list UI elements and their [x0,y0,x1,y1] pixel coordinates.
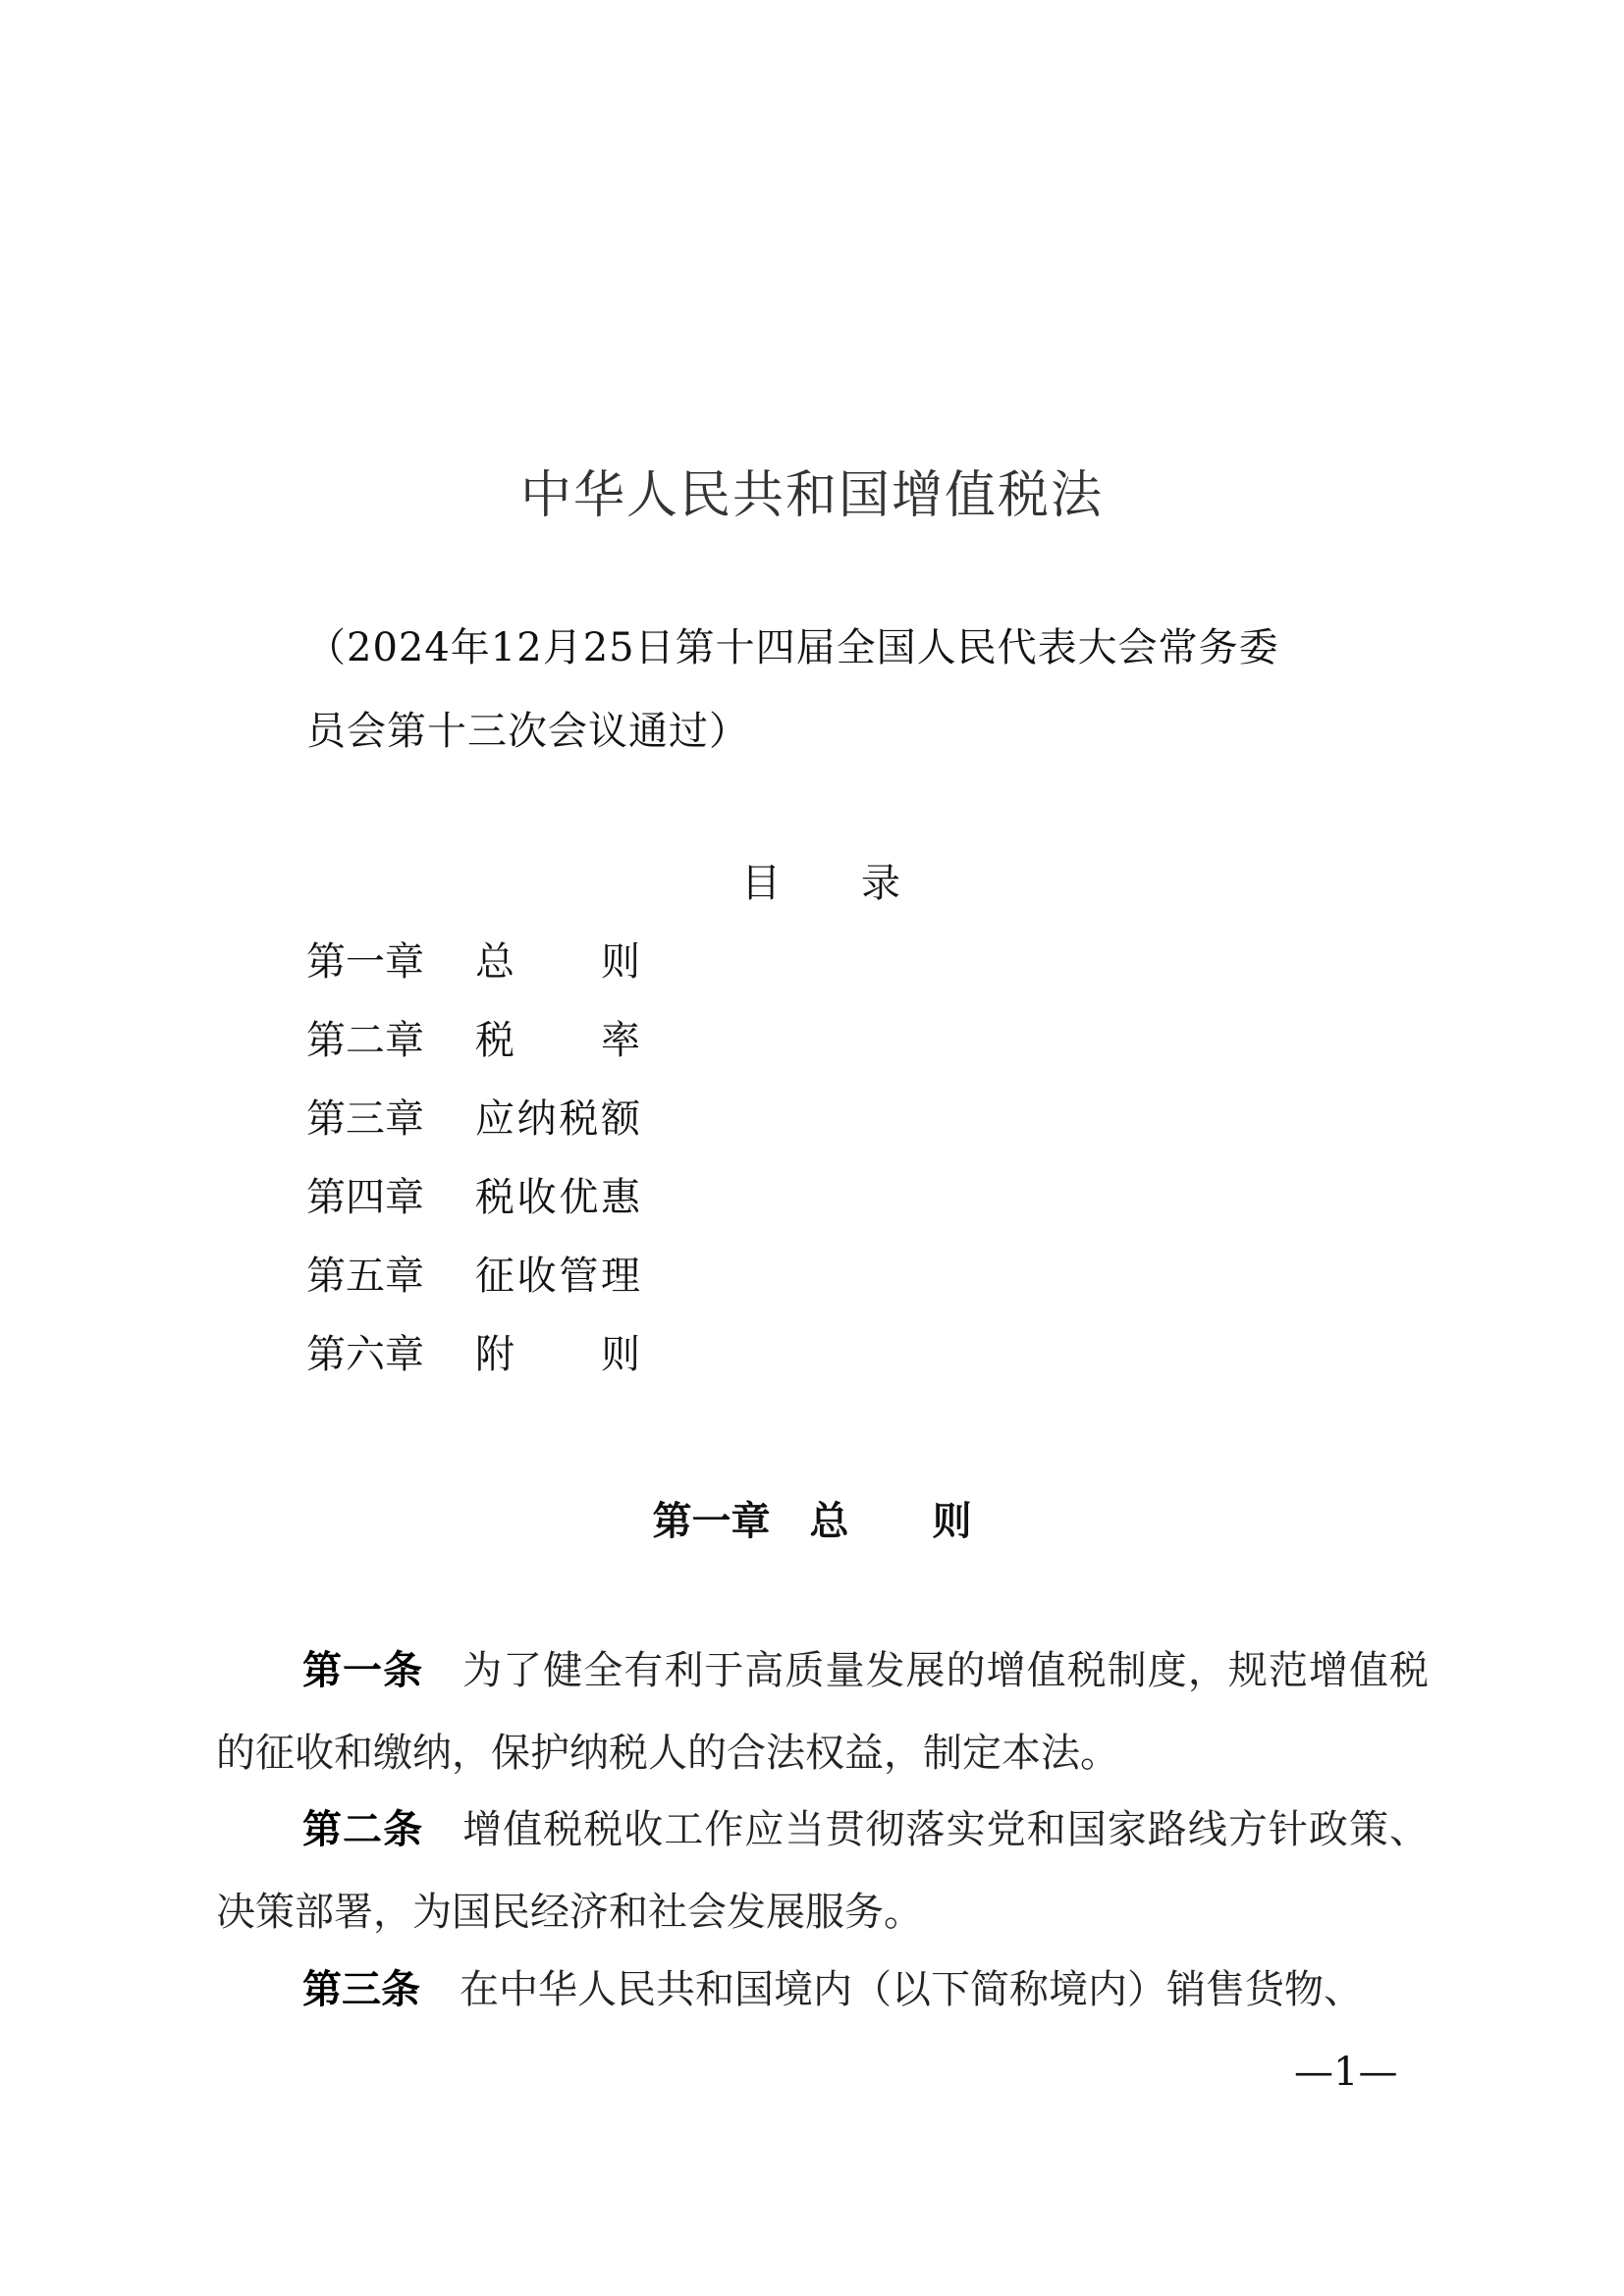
toc-heading: 目录 [741,852,900,908]
article-label: 第二条 [302,1807,423,1852]
toc-chapter-name: 总则 [475,931,640,987]
document-title: 中华人民共和国增值税法 [0,454,1624,527]
chapter-heading: 第一章总则 [0,1490,1624,1546]
toc-item: 第二章税率 [306,1009,640,1065]
toc-chapter-number: 第二章 [306,1009,475,1065]
adoption-note-line-1: （2024年12月25日第十四届全国人民代表大会常务委 [306,616,1279,672]
toc-chapter-name: 税收优惠 [475,1166,640,1222]
article-3: 第三条在中华人民共和国境内（以下简称境内）销售货物、 [216,1949,1429,2031]
toc-chapter-name: 征收管理 [475,1245,640,1301]
article-1: 第一条为了健全有利于高质量发展的增值税制度，规范增值税的征收和缴纳，保护纳税人的… [216,1629,1429,1794]
toc-chapter-number: 第五章 [306,1245,475,1301]
article-label: 第三条 [302,1967,420,2012]
toc-item: 第三章应纳税额 [306,1088,640,1144]
page-number: —1— [1294,2050,1397,2095]
toc-item: 第五章征收管理 [306,1245,640,1301]
toc-chapter-number: 第四章 [306,1166,475,1222]
toc-chapter-number: 第六章 [306,1323,475,1379]
toc-item: 第一章总则 [306,931,640,987]
toc-item: 第六章附则 [306,1323,640,1379]
toc-chapter-number: 第一章 [306,931,475,987]
toc-chapter-number: 第三章 [306,1088,475,1144]
toc-heading-char-1: 目 [741,852,781,908]
toc-chapter-name: 应纳税额 [475,1088,640,1144]
chapter-heading-name: 总则 [810,1490,972,1546]
article-2: 第二条增值税税收工作应当贯彻落实党和国家路线方针政策、决策部署，为国民经济和社会… [216,1789,1429,1953]
toc-chapter-name: 附则 [475,1323,640,1379]
article-label: 第一条 [302,1648,423,1693]
article-text: 在中华人民共和国境内（以下简称境内）销售货物、 [460,1967,1363,2012]
toc-heading-char-2: 录 [861,852,900,908]
chapter-heading-number: 第一章 [653,1499,771,1544]
toc-item: 第四章税收优惠 [306,1166,640,1222]
toc-chapter-name: 税率 [475,1009,640,1065]
adoption-note-line-2: 员会第十三次会议通过） [306,700,749,756]
